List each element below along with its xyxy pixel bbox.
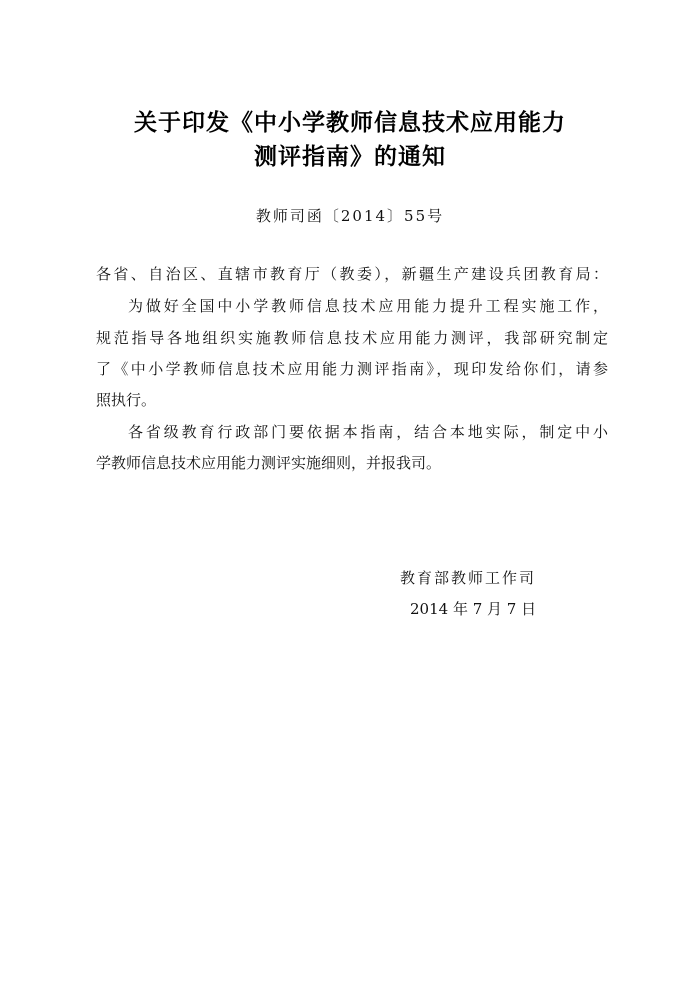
- paragraph-2-line-1: 各省级教育行政部门要依据本指南，结合本地实际，制定中小: [128, 420, 608, 444]
- paragraph-1-line-4: 照执行。: [96, 388, 608, 412]
- document-page: 关于印发《中小学教师信息技术应用能力 测评指南》的通知 教师司函〔2014〕55…: [0, 0, 700, 993]
- paragraph-1-line-3: 了《中小学教师信息技术应用能力测评指南》，现印发给你们，请参: [96, 357, 608, 381]
- paragraph-2-line-2: 学教师信息技术应用能力测评实施细则，并报我司。: [96, 451, 608, 475]
- signature-issuer: 教育部教师工作司: [400, 566, 560, 590]
- document-title-line-1: 关于印发《中小学教师信息技术应用能力: [0, 106, 700, 140]
- signature-date: 2014 年 7 月 7 日: [410, 597, 570, 621]
- paragraph-1-line-1: 为做好全国中小学教师信息技术应用能力提升工程实施工作，: [128, 294, 608, 318]
- document-number: 教师司函〔2014〕55号: [0, 204, 700, 228]
- document-title-line-2: 测评指南》的通知: [0, 140, 700, 174]
- paragraph-1-line-2: 规范指导各地组织实施教师信息技术应用能力测评，我部研究制定: [96, 326, 608, 350]
- salutation: 各省、自治区、直辖市教育厅（教委），新疆生产建设兵团教育局：: [96, 262, 608, 286]
